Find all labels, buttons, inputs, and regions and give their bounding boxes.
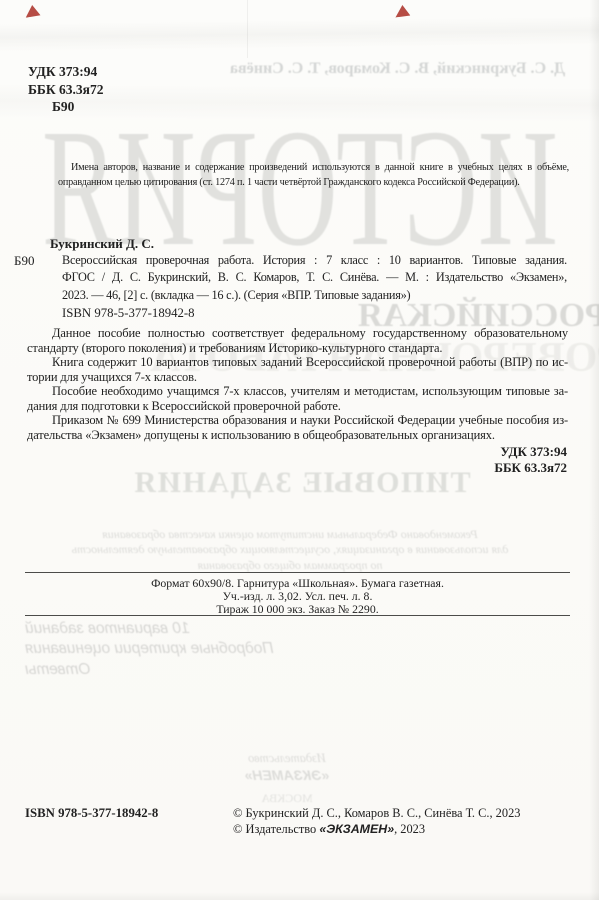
imprint-block: Формат 60х90/8. Гарнитура «Школьная». Бу… [25,577,570,617]
copyright-block: © Букринский Д. С., Комаров В. С., Синёв… [233,805,520,837]
showthrough-authors-line: Д. С. Букринский, В. С. Комаров, Т. С. С… [230,60,565,78]
card-author-sign: Б90 [14,253,34,269]
showthrough-publisher-name: Издательство [225,751,349,766]
showthrough-feature-line3: Ответы [25,661,90,679]
page-edge-right-shadow [589,0,599,900]
annotation-line: стандарту (второго поколения) и требован… [27,341,568,356]
copyright-notice-line2: оправданном целью цитирования (ст. 1274 … [58,175,569,190]
codes-right-block: УДК 373:94 ББК 63.3я72 [367,444,567,475]
book-imprint-page: Д. С. Букринский, В. С. Комаров, Т. С. С… [0,0,599,900]
catalog-card-entry: Всероссийская проверочная работа. Истори… [62,252,567,304]
annotation-line: дательства «Экзамен» допущены к использо… [27,428,568,443]
bbk-code: ББК 63.3я72 [28,81,103,99]
annotation-line: дания для подготовки к Всероссийской про… [27,399,568,414]
udk-code: УДК 373:94 [28,63,103,81]
showthrough-recommendation-line1: Рекомендовано Федеральным институтом оце… [70,527,510,542]
imprint-rule-top [25,572,570,573]
red-scan-mark-right [395,4,411,17]
copyright-notice-line1: Имена авторов, название и содержание про… [58,160,569,175]
author-sign-top: Б90 [52,99,74,115]
udk-code-right: УДК 373:94 [367,444,567,460]
isbn-number-footer: ISBN 978-5-377-18942-8 [25,806,158,821]
showthrough-recommendation-line3: по программам общего образования [70,558,510,573]
showthrough-feature-line2: Подробные критерии оценивания [25,640,274,658]
imprint-rule-bottom [25,615,570,616]
annotation-line: Данное пособие полностью соответствует ф… [27,326,568,341]
card-author-heading: Букринский Д. С. [50,236,154,252]
showthrough-recommendation-line2: для использования в организациях, осущес… [70,542,510,557]
annotation-block: Данное пособие полностью соответствует ф… [27,326,568,442]
showthrough-publisher-city: МОСКВА [225,791,349,806]
card-line: 2023. — 46, [2] с. (вкладка — 16 с.). (С… [62,287,567,304]
copyright-authors-line: © Букринский Д. С., Комаров В. С., Синёв… [233,805,520,821]
publisher-brand-name: «ЭКЗАМЕН» [319,822,394,836]
showthrough-feature-line1: 10 вариантов заданий [25,620,190,638]
showthrough-publisher-brand: «ЭКЗАМЕН» [225,767,349,783]
annotation-line: Приказом № 699 Министерства образования … [27,413,568,428]
card-line: Всероссийская проверочная работа. Истори… [62,252,567,269]
paper-crease-top [0,16,599,52]
copyright-publisher-suffix: , 2023 [394,822,425,836]
annotation-line: тории для учащихся 7-х классов. [27,370,568,385]
annotation-line: Пособие необходимо учащимся 7-х классов,… [27,384,568,399]
bbk-code-right: ББК 63.3я72 [367,460,567,476]
page-edge-bottom-shadow [0,892,599,900]
red-scan-mark-left [24,4,40,18]
top-codes-block: УДК 373:94 ББК 63.3я72 [28,63,103,99]
copyright-publisher-line: © Издательство «ЭКЗАМЕН», 2023 [233,821,520,837]
copyright-publisher-prefix: © Издательство [233,822,319,836]
isbn-number-top: ISBN 978-5-377-18942-8 [62,306,195,321]
paper-crease-vertical [247,0,248,58]
card-line: ФГОС / Д. С. Букринский, В. С. Комаров, … [62,269,567,286]
copyright-notice: Имена авторов, название и содержание про… [58,160,569,190]
annotation-line: Книга содержит 10 вариантов типовых зада… [27,355,568,370]
